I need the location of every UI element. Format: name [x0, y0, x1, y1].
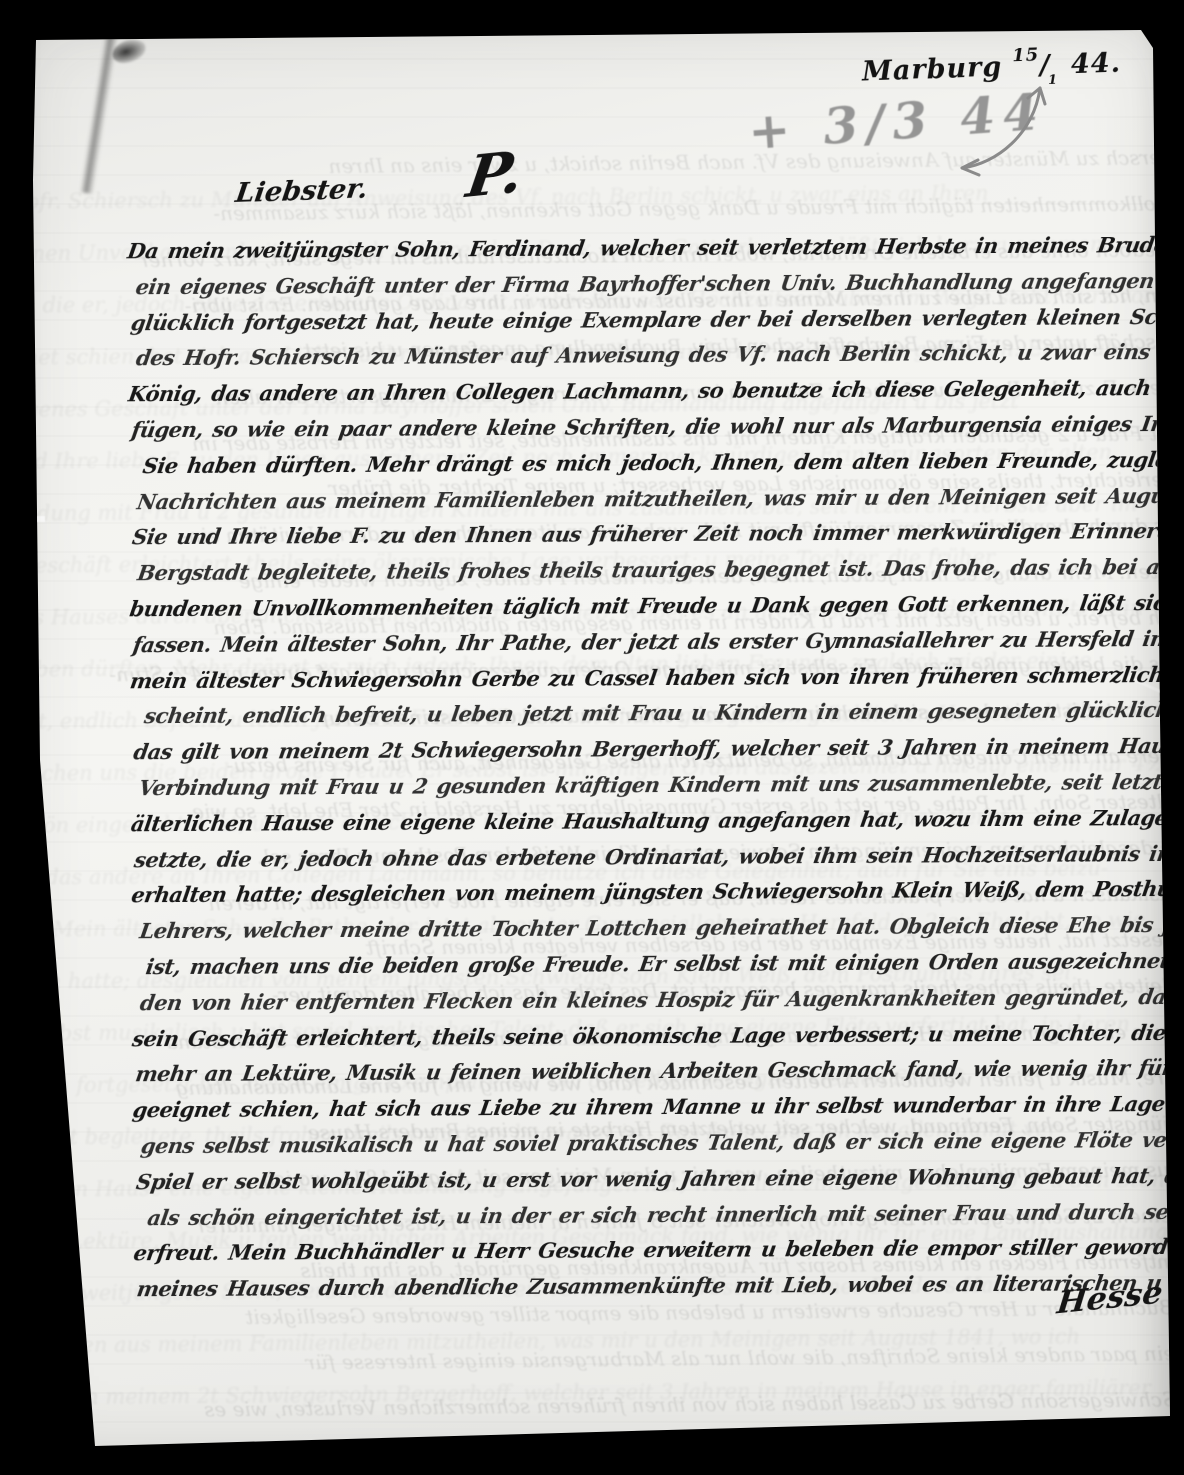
dateline-year: 44.	[1070, 47, 1121, 80]
handwriting-line: geeignet schien, hat sich aus Liebe zu i…	[130, 1086, 1155, 1128]
salutation-flourish: P.	[463, 137, 528, 210]
bleedthrough-line: fügen, so wie ein paar andere kleine Sch…	[0, 1329, 1184, 1389]
handwriting-line: meines Hauses durch abendliche Zusammenk…	[131, 1265, 1156, 1307]
handwriting-line: ist, machen uns die beiden große Freude.…	[129, 943, 1154, 985]
dateline-day: 15	[1012, 44, 1040, 66]
paper-notch	[33, 516, 45, 522]
handwriting-line: Da mein zweitjüngster Sohn, Ferdinand, w…	[125, 227, 1150, 269]
bleedthrough-line: mein ältester Schwiegersohn Gerbe zu Cas…	[0, 1375, 1184, 1435]
handwriting-line: das gilt von meinem 2t Schwiegersohn Ber…	[128, 728, 1153, 770]
handwriting-line: Verbindung mit Frau u 2 gesunden kräftig…	[128, 764, 1153, 806]
handwriting-line: Sie haben dürften. Mehr drängt es mich j…	[126, 442, 1151, 484]
handwriting-line: bundenen Unvollkommenheiten täglich mit …	[127, 585, 1152, 627]
handwriting-line: gens selbst musikalisch u hat soviel pra…	[130, 1122, 1155, 1164]
paper-sheet: des Hofr. Schiersch zu Münster auf Anwei…	[0, 0, 1184, 1475]
handwriting-line: fassen. Mein ältester Sohn, Ihr Pathe, d…	[127, 621, 1152, 663]
salutation: Liebster.	[233, 174, 369, 210]
handwriting-line: Spiel er selbst wohlgeübt ist, u erst vo…	[131, 1158, 1156, 1200]
handwriting-line: ein eigenes Geschäft unter der Firma Bay…	[125, 263, 1150, 305]
handwriting-line: den von hier entfernten Flecken ein klei…	[130, 979, 1155, 1021]
bleedthrough-line: das gilt von meinem 2t Schwiegersohn Ber…	[0, 1360, 1184, 1424]
handwriting-line: älterlichen Hause eine eigene kleine Hau…	[128, 800, 1153, 842]
handwriting-line: Bergstadt begleitete, theils frohes thei…	[127, 549, 1152, 591]
pencil-arrow-icon	[948, 72, 1058, 187]
handwriting-line: Lehrers, welcher meine dritte Tochter Lo…	[129, 907, 1154, 949]
letter-body: Da mein zweitjüngster Sohn, Ferdinand, w…	[125, 227, 1152, 1307]
bleedthrough-line: Nachrichten aus meinem Familienleben mit…	[0, 1308, 1184, 1372]
letter-scan: des Hofr. Schiersch zu Münster auf Anwei…	[0, 0, 1184, 1475]
handwriting-line: fügen, so wie ein paar andere kleine Sch…	[126, 406, 1151, 448]
